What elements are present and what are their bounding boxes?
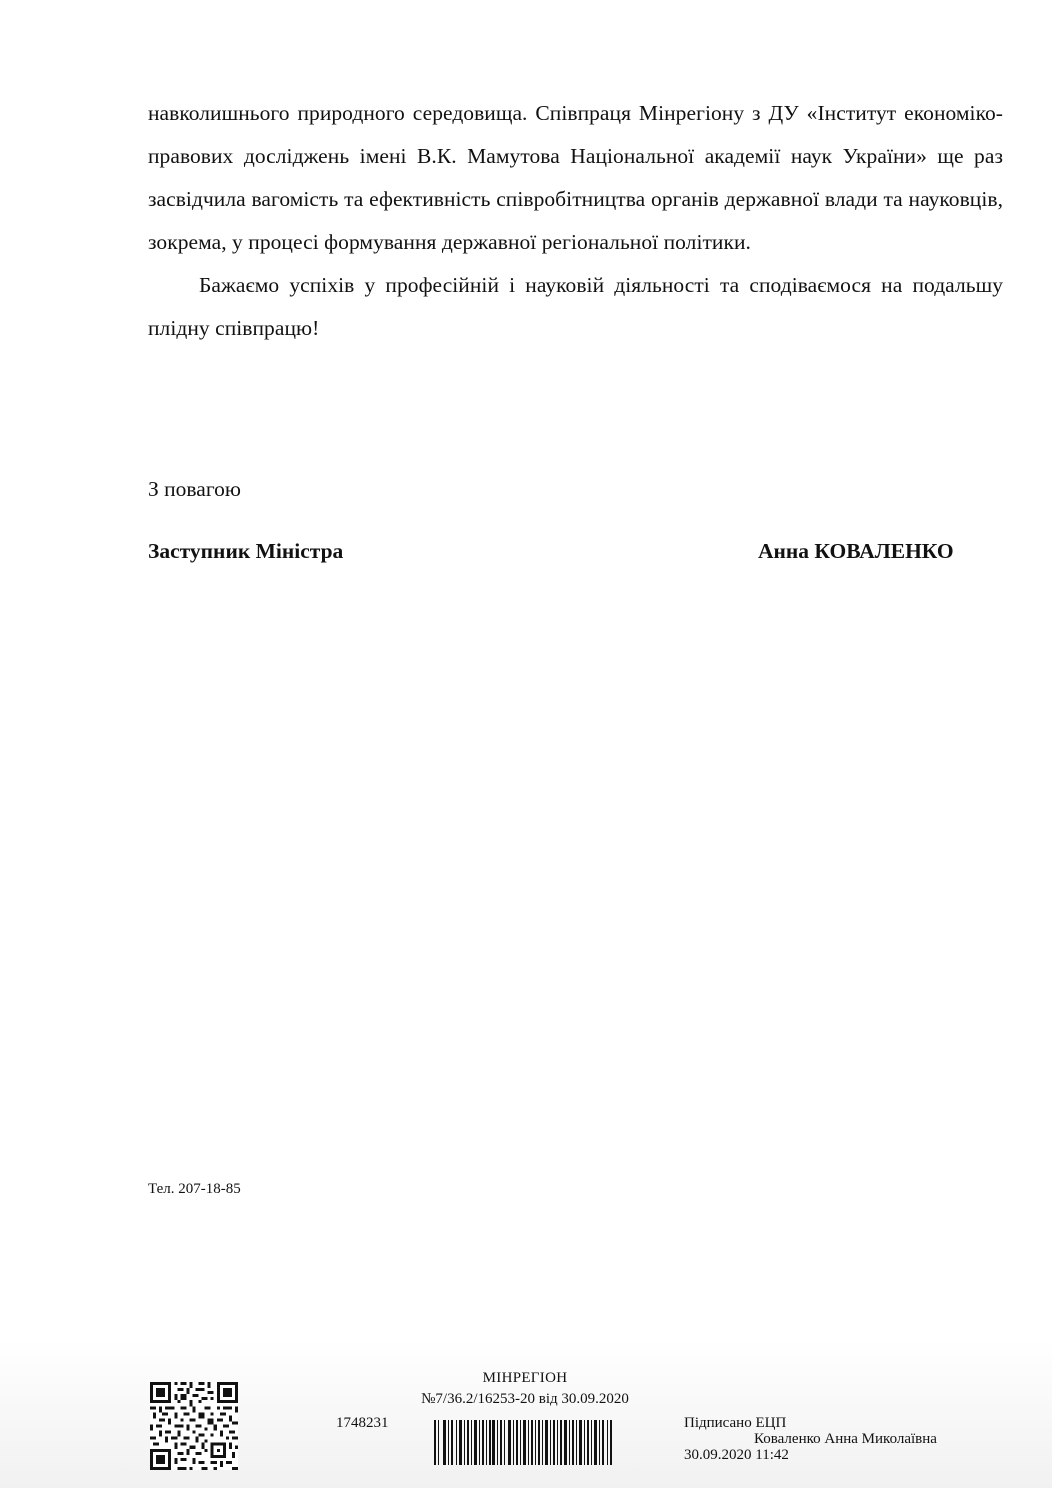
signature-datetime: 30.09.2020 11:42 [684,1447,937,1463]
organization-name: МІНРЕГІОН [400,1370,650,1387]
qr-code-icon [150,1382,238,1470]
paragraph-cooperation: навколишнього природного середовища. Спі… [148,92,1003,264]
barcode-icon [434,1420,614,1465]
document-id: 1748231 [336,1415,389,1432]
signatory-name: Анна КОВАЛЕНКО [758,539,954,564]
signatory-role: Заступник Міністра [148,539,343,564]
signature-signer: Коваленко Анна Миколаївна [684,1431,937,1447]
signature-label: Підписано ЕЦП [684,1415,937,1431]
contact-phone: Тел. 207-18-85 [148,1181,241,1198]
registration-number: №7/36.2/16253-20 від 30.09.2020 [385,1391,665,1408]
letter-body: навколишнього природного середовища. Спі… [148,92,1003,350]
closing-phrase: З повагою [148,477,241,502]
paragraph-wishes: Бажаємо успіхів у професійній і науковій… [148,264,1003,350]
digital-signature-stamp: Підписано ЕЦП Коваленко Анна Миколаївна … [684,1415,937,1463]
